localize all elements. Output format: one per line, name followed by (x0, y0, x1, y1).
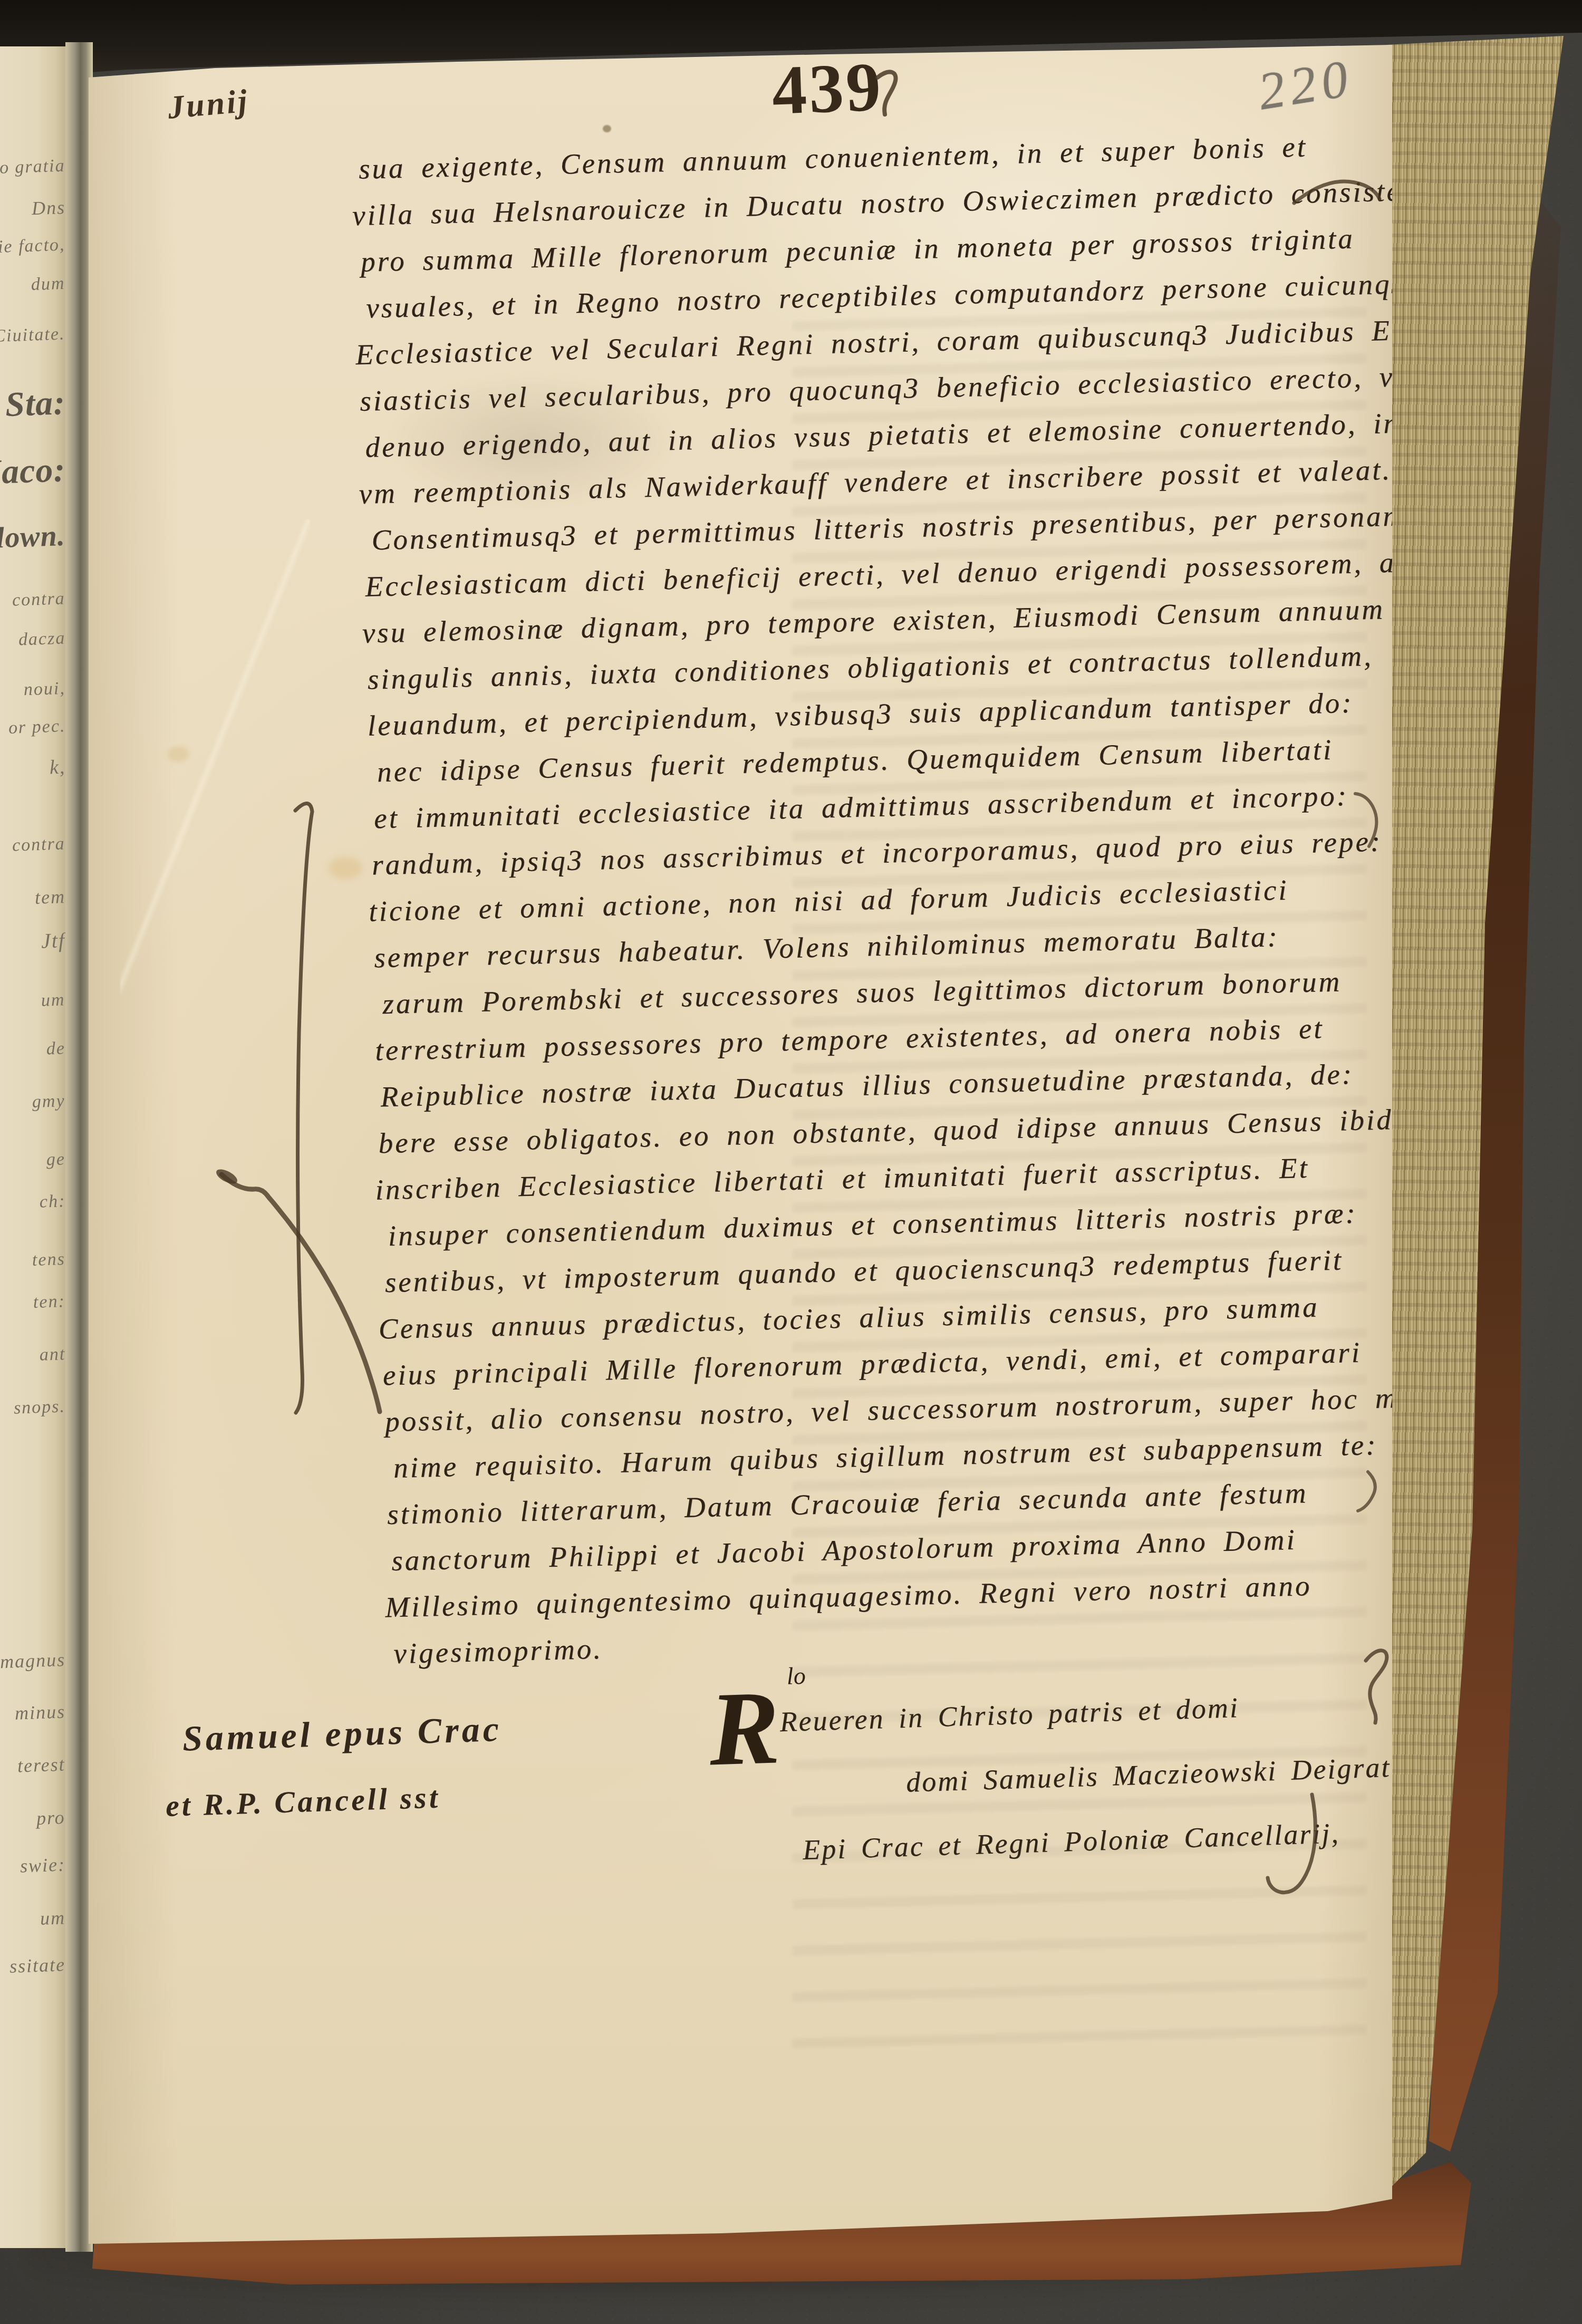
marginal-note: ssitate (9, 1953, 65, 1978)
marginal-note: die facto, (0, 235, 66, 257)
month-marginal-note: Junij (166, 82, 250, 127)
marginal-note: noui, (23, 679, 65, 700)
folio-number-ink: 439 (770, 46, 884, 130)
signer-title: et R.P. Cancell sst (165, 1780, 441, 1824)
registrar-note-line: Epi Crac et Regni Poloniæ Cancellarij, (802, 1798, 1419, 1882)
marginal-note: Jaco: (0, 450, 66, 493)
marginal-note: k, (49, 755, 66, 779)
paper-stain (329, 857, 362, 879)
manuscript-page: Junij 439 220 sua exigente, Censum annuu… (89, 45, 1392, 2246)
registrar-initial-superscript: lo (786, 1662, 806, 1690)
paper-crease (120, 519, 310, 994)
paper-stain (168, 746, 189, 762)
marginal-note: ant (39, 1344, 66, 1365)
marginal-note: Jtf (41, 928, 66, 953)
marginal-note: striglown. (0, 519, 66, 557)
marginal-note: bo gratia (0, 156, 66, 179)
marginal-note: tens (32, 1249, 66, 1270)
marginal-note: de (46, 1038, 65, 1059)
marginal-note: dum (31, 274, 66, 295)
marginal-note: una Ciuitate. (0, 324, 66, 348)
ink-spot (603, 125, 611, 132)
registrar-note: Reueren in Christo patris et domidomi Sa… (798, 1670, 1419, 1882)
marginal-note: pro (36, 1806, 66, 1829)
marginal-note: contra (12, 589, 66, 610)
marginal-note: magnus (0, 1648, 66, 1673)
marginal-note: minus (14, 1700, 65, 1724)
photo-backdrop: bo gratiaDnsdie facto,dumuna Ciuitate.St… (0, 0, 1582, 2324)
marginal-note: ten: (33, 1291, 65, 1313)
marginal-note: ge (46, 1149, 65, 1170)
marginal-note: Sta: (5, 383, 66, 425)
signature-block: Samuel epus Crac et R.P. Cancell sst R l… (162, 1666, 1398, 1947)
marginal-note: um (40, 1906, 65, 1930)
marginal-note: Dns (31, 196, 65, 219)
marginal-note: um (41, 990, 66, 1011)
facing-page-sliver: bo gratiaDnsdie facto,dumuna Ciuitate.St… (0, 46, 67, 2248)
marginal-note: or pec. (8, 716, 66, 738)
marginal-note: contra (12, 834, 66, 855)
folio-number-pencil: 220 (1254, 47, 1357, 122)
body-text-block: sua exigente, Censum annuum conuenientem… (355, 121, 1443, 1677)
marginal-note: dacza (18, 628, 66, 650)
registrar-initial: R (708, 1675, 782, 1782)
marginal-note: ch: (39, 1191, 66, 1212)
marginal-note: terest (17, 1753, 66, 1777)
marginal-note: swie: (20, 1854, 65, 1877)
marginal-note: tem (34, 885, 65, 909)
marginal-note: snops. (13, 1396, 65, 1418)
marginal-note: gmy (32, 1091, 66, 1112)
signer-name: Samuel epus Crac (182, 1708, 503, 1760)
